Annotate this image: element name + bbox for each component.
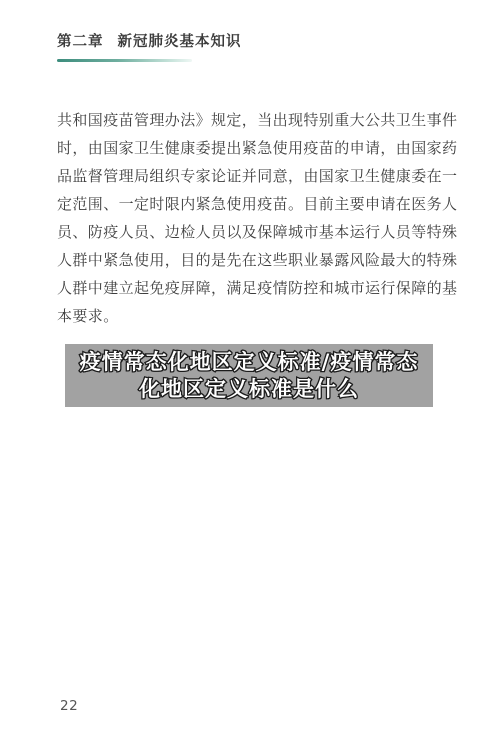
body-text-line: 人群中建立起免疫屏障，满足疫情防控和城市运行保障的基 bbox=[57, 274, 441, 302]
chapter-header: 第二章 新冠肺炎基本知识 bbox=[57, 30, 242, 51]
body-text-line: 共和国疫苗管理办法》规定，当出现特别重大公共卫生事件 bbox=[57, 106, 441, 134]
header-spacer bbox=[104, 30, 118, 51]
body-text-line: 品监督管理局组织专家论证并同意，由国家卫生健康委在一 bbox=[57, 162, 441, 190]
body-text-line: 定范围、一定时限内紧急使用疫苗。目前主要申请在医务人 bbox=[57, 190, 441, 218]
body-text-line: 本要求。 bbox=[57, 302, 441, 330]
book-page: 第二章 新冠肺炎基本知识 共和国疫苗管理办法》规定，当出现特别重大公共卫生事件 … bbox=[0, 0, 500, 750]
section-title-line-2: 化地区定义标准是什么 bbox=[139, 376, 359, 403]
chapter-title-label: 新冠肺炎基本知识 bbox=[118, 30, 242, 51]
body-text-line: 人群中紧急使用，目的是先在这些职业暴露风险最大的特殊 bbox=[57, 246, 441, 274]
body-paragraph: 共和国疫苗管理办法》规定，当出现特别重大公共卫生事件 时，由国家卫生健康委提出紧… bbox=[57, 106, 441, 330]
body-text-line: 时，由国家卫生健康委提出紧急使用疫苗的申请，由国家药 bbox=[57, 134, 441, 162]
section-title-line-1: 疫情常态化地区定义标准/疫情常态 bbox=[80, 349, 419, 376]
page-number: 22 bbox=[60, 698, 78, 714]
highlighted-section-title: 疫情常态化地区定义标准/疫情常态 化地区定义标准是什么 bbox=[65, 344, 433, 407]
chapter-number-label: 第二章 bbox=[57, 30, 104, 51]
header-accent-divider bbox=[57, 59, 192, 62]
body-text-line: 员、防疫人员、边检人员以及保障城市基本运行人员等特殊 bbox=[57, 218, 441, 246]
